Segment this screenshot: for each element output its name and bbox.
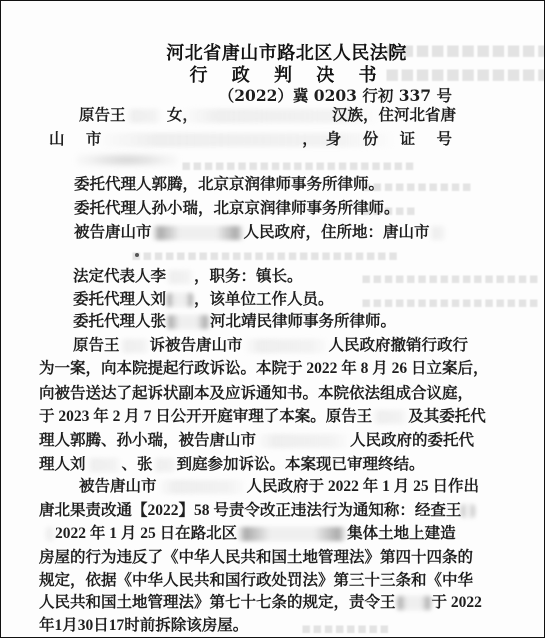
text-segment: 人民政府于 2022 年 1 月 25 日作出 — [247, 478, 480, 495]
redacted-text — [166, 315, 210, 329]
paragraph-1-line-5: 理人郭腾、孙小瑞，被告唐山市人民政府的委托代 — [39, 430, 474, 450]
paragraph-1-line-6: 理人刘、张到庭参加诉讼。本案现已审理终结。 — [39, 454, 425, 474]
text-segment: 理人刘 — [39, 454, 86, 473]
redacted-text — [430, 226, 446, 240]
paragraph-2-line-6: 人民共和国土地管理法》第七十七条的规定，责令王于 2022 — [39, 593, 482, 613]
redacted-text — [157, 480, 247, 494]
defendant-label: 被告唐山市 — [74, 222, 152, 241]
paragraph-1-line-2: 为一案，向本院提起行政诉讼。本院于 2022 年 8 月 26 日立案后， — [39, 359, 489, 379]
paragraph-2-line-1: 被告唐山市人民政府于 2022 年 1 月 25 日作出 — [79, 477, 479, 497]
text-segment: 诉被告唐山市 — [150, 335, 243, 354]
plaintiff-agent-2: 委托代理人孙小瑞，北京京润律师事务所律师。 — [74, 198, 400, 218]
text-segment: 于 2023 年 2 月 7 日公开开庭审理了本案。原告王 — [39, 408, 372, 425]
legal-rep-label: 法定代表人李 — [73, 266, 166, 285]
defendant-line: 被告唐山市人民政府，住所地：唐山市 — [74, 222, 446, 242]
text-segment: 到庭参加诉讼。本案现已审理终结。 — [177, 454, 425, 473]
redacted-text — [166, 270, 194, 284]
text-segment: 及其委托代 — [408, 408, 486, 425]
defendant-agent-2-label: 委托代理人张 — [73, 311, 166, 330]
paragraph-2-line-5: 规定，依据《中华人民共和国行政处罚法》第三十三条和《中华 — [39, 570, 473, 590]
paragraph-2-line-3: 2022 年 1 月 25 日在路北区集体土地上建造 — [45, 524, 456, 544]
paragraph-2-line-7: 年1月30日17时前拆除该房屋。 — [39, 616, 248, 636]
legal-representative: 法定代表人李，职务：镇长。 — [73, 266, 303, 286]
text-segment: 人民政府撤销行政行 — [329, 335, 469, 354]
paragraph-1-line-3: 向被告送达了起诉状副本及应诉通知书。本院依法组成合议庭， — [39, 383, 473, 403]
plaintiff-id-label: ，身 份 证 号 — [302, 129, 460, 149]
bleed-through-text: ▪▪▪▪▪▪▪▪▪▪▪▪▪▪▪▪▪▪▪▪▪ — [181, 156, 416, 174]
text-segment: 被告唐山市 — [79, 478, 157, 495]
text-segment: 原告王 — [73, 335, 120, 354]
defendant-address: 人民政府，住所地：唐山市 — [244, 222, 430, 241]
plaintiff-ethnicity-address: 汉族，住河北省唐 — [332, 105, 456, 125]
defendant-agent-1-role: ，该单位工作人员。 — [194, 289, 334, 308]
plaintiff-name-label: 原告王 — [79, 105, 126, 124]
redacted-text — [120, 339, 150, 353]
document-page: ■■■■■■■■■■■ ■■■■■■■■■■■ ▪▪▪▪▪▪▪▪▪▪▪▪▪▪▪▪… — [0, 0, 545, 638]
case-number: （2022）冀 0203 行初 337 号 — [219, 84, 452, 106]
bleed-through-text: ▪▪▪▪▪▪▪▪▪▪▪▪▪▪▪▪ — [361, 269, 540, 287]
text-segment: 于 2022 — [432, 594, 482, 611]
redacted-text — [243, 339, 329, 353]
legal-rep-title: ，职务：镇长。 — [194, 266, 303, 285]
redacted-text — [237, 527, 347, 541]
redacted-text — [166, 293, 194, 307]
paragraph-2-line-2: 唐北果责改通【2022】58 号责令改正违法行为通知称：经查王 — [39, 501, 475, 521]
text-segment: 2022 年 1 月 25 日在路北区 — [55, 525, 237, 542]
text-segment: 理人郭腾、孙小瑞，被告唐山市 — [39, 430, 256, 449]
redacted-id-number — [77, 153, 177, 167]
text-segment: 集体土地上建造 — [347, 525, 456, 542]
redacted-text — [256, 434, 350, 448]
redacted-text — [396, 596, 432, 610]
defendant-agent-2: 委托代理人张河北靖民律师事务所律师。 — [73, 311, 396, 331]
text-segment: 人民共和国土地管理法》第七十七条的规定，责令王 — [39, 594, 396, 611]
redacted-text — [45, 527, 55, 541]
redacted-text — [372, 410, 408, 424]
plaintiff-agent-1: 委托代理人郭腾，北京京润律师事务所律师。 — [74, 174, 384, 194]
defendant-agent-2-role: 河北靖民律师事务所律师。 — [210, 311, 396, 330]
bleed-through-text: ▪▪▪▪▪▪▪▪▪▪▪▪▪▪▪▪▪▪▪▪▪▪▪▪ — [131, 246, 399, 264]
defendant-address-end — [135, 253, 139, 257]
redacted-text — [153, 458, 177, 472]
redacted-text — [152, 226, 244, 240]
paragraph-1-line-4: 于 2023 年 2 月 7 日公开开庭审理了本案。原告王及其委托代 — [39, 407, 486, 427]
text-segment: 、张 — [122, 454, 153, 473]
redacted-text — [461, 504, 475, 518]
text-segment: 人民政府的委托代 — [350, 430, 474, 449]
defendant-agent-1-label: 委托代理人刘 — [73, 289, 166, 308]
defendant-agent-1: 委托代理人刘，该单位工作人员。 — [73, 289, 334, 309]
bleed-through-text: ▪▪▪▪▪▪▪▪▪▪▪▪▪▪▪▪ — [361, 293, 540, 311]
paragraph-2-line-4: 房屋的行为违反了《中华人民共和国土地管理法》第四十四条的 — [39, 547, 473, 567]
paragraph-1-line-1: 原告王诉被告唐山市人民政府撤销行政行 — [73, 335, 468, 355]
redacted-text — [86, 458, 122, 472]
bleed-through-text: ▪▪▪▪▪▪▪▪ — [301, 619, 390, 637]
text-segment: 唐北果责改通【2022】58 号责令改正违法行为通知称：经查王 — [39, 502, 461, 519]
